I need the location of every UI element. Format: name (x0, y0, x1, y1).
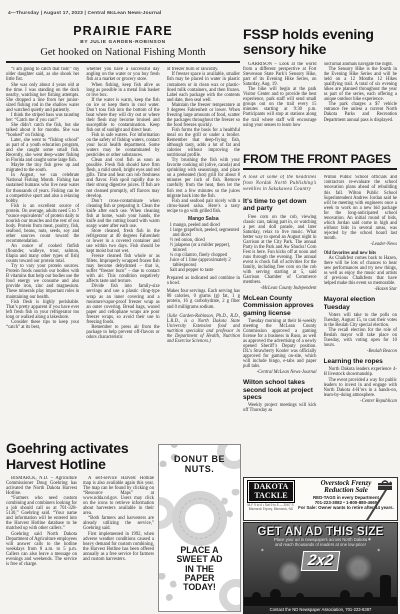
paragraph: Wilton school takes second look at proje… (243, 379, 317, 401)
paragraph: Freeze cleaned fish whole or as fillets.… (86, 254, 159, 284)
crowd-silhouette-bar (244, 597, 397, 606)
paragraph: Fish flesh is highly perishable. That’s … (6, 300, 79, 320)
headline-line-2: Harvest Hotline (6, 456, 106, 472)
crowd-silhouette (380, 575, 391, 599)
paragraph: -Leader-News (324, 242, 398, 247)
paragraph: Fish and seafood pair nicely with a citr… (167, 199, 240, 214)
paragraph: The event provided a way for public lead… (324, 378, 398, 398)
ad-line-for-sale: For Sale: Owner wants to retire after 44… (295, 505, 397, 510)
ad-headline: DONUT BE NUTS. (159, 455, 240, 474)
article-byline: BY JULIE GARDEN-ROBINSON (6, 40, 240, 45)
section-headline: FROM THE FRONT PAGES (243, 152, 397, 166)
paragraph: Makes four servings. Each serving has 80… (167, 289, 240, 309)
ad-contact-line: Contact the ND Newspaper Association, 70… (244, 607, 397, 612)
paragraph: Later, she went to “fishing school” as p… (6, 138, 79, 163)
paragraph: An ounce of cooked finfish (flounder, wa… (6, 244, 79, 264)
paragraph: Weekly project meetings will kick off Th… (243, 403, 317, 413)
paragraph: She didn’t catch the fish, but she talke… (6, 123, 79, 138)
paragraph: It’s time to get down and party (243, 198, 317, 212)
paragraph: -McLean County Independent (243, 286, 317, 291)
paragraph: Consider these tips to keep your “catch”… (6, 320, 79, 330)
paragraph: BISMARCK, N.D. – Agriculture Commissione… (6, 476, 77, 496)
paragraph: The Sensory Hike is the fourth in the Ev… (324, 67, 398, 102)
paragraph: Salt and pepper to taste (167, 268, 240, 273)
ad-call-to-action: PLACE A SWEET AD IN THE PAPER TODAY! (159, 546, 240, 592)
tackle-logo-block: DAKOTA TACKLE M-F 9 to 6 • Sat 9 to 5 — … (244, 478, 295, 520)
paragraph: McLean County Commission approves gaming… (243, 295, 317, 317)
article-harvest-hotline: Goehring activates Harvest Hotline BISMA… (6, 441, 154, 604)
paragraph: Clean and cool fish as soon as possible.… (86, 158, 159, 198)
paragraph: Mango Salsa (167, 217, 240, 222)
paragraph: Maybe the tiny fish grew up and migrated… (6, 163, 79, 173)
paragraph: “I am going to catch that fish!” my olde… (6, 67, 79, 82)
paragraph: Remember to press air from the package t… (86, 325, 159, 340)
paragraph: The park charges a $7 vehicle entrance f… (324, 102, 398, 122)
paragraph: A look at some of the headlines from Nor… (243, 175, 317, 193)
paragraph: Prepared as indicated and combine in a b… (167, 276, 240, 286)
dakota-tackle-logo: DAKOTA TACKLE (247, 480, 295, 503)
paragraph: “Both farmers and harvesters are already… (83, 516, 154, 531)
article-column-2: A self-service Harvest Hotline map is al… (83, 476, 154, 604)
article-column-1: BISMARCK, N.D. – Agriculture Commissione… (6, 476, 77, 604)
paragraph: A self-service Harvest Hotline map is al… (83, 476, 154, 516)
paragraph: Divide fish into family-size servings an… (86, 284, 159, 324)
paragraph: When fishing, keep fish alive as long as… (86, 83, 159, 98)
section-column-2: Wilton Public School officials and contr… (324, 175, 398, 471)
paragraph: North Dakota leaders experience 4-H live… (324, 367, 398, 377)
paragraph: ½ jalapeno (or a milder pepper), minced (167, 243, 240, 253)
paragraph: She was only about 4 years old at the ti… (6, 83, 79, 113)
article-prairie-fare: PRAIRIE FARE BY JULIE GARDEN-ROBINSON Ge… (6, 24, 240, 436)
paragraph: As Chalkfest comes back to Hazen, there … (324, 256, 398, 286)
paragraph: Fish is an excellent source of protein. … (6, 204, 79, 244)
article-kicker: PRAIRIE FARE (6, 24, 240, 38)
paragraph: Tuesday morning at their bi-weekly meeti… (243, 319, 317, 369)
headline-rule (6, 61, 240, 63)
paragraph: Fish in safe waters. For information on … (86, 133, 159, 158)
paragraph: Fish forms the basis for a healthful mea… (167, 128, 240, 158)
paragraph: Voters will take to the polls on Tuesday… (324, 313, 398, 328)
article-column-2: whether you have a successful day anglin… (86, 67, 159, 436)
paragraph: GARRISON – Look at the world from a diff… (243, 62, 317, 87)
paragraph: Try brushing the fish with your favorite… (167, 158, 240, 198)
ad-donut-be-nuts: DONUT BE NUTS. PLACE A SWEET AD IN THE P… (158, 444, 241, 612)
paragraph: Juice of 1 lime (approximately 2 tablesp… (167, 258, 240, 268)
paragraph: Learning the ropes (324, 358, 398, 365)
headline-rule (243, 168, 397, 170)
paragraph: -Hazen Star (324, 287, 398, 292)
paragraph: The recall election for the role of Beul… (324, 328, 398, 348)
donut-icon-large (172, 491, 227, 546)
ad-get-an-ad-this-size: GET AN AD THIS SIZE Place your ad in new… (243, 522, 398, 614)
paragraph: The hike will begin at the park Visitor … (243, 87, 317, 127)
paragraph: -Beulah Beacon (324, 349, 398, 354)
article-columns: GARRISON – Look at the world from a diff… (243, 62, 397, 150)
ad-subline-2: and reach thousands of readers at one lo… (244, 543, 397, 548)
article-columns: “I am going to catch that fish!” my olde… (6, 67, 240, 436)
paragraph: Free corn on the cob, viewing classic ca… (243, 215, 317, 286)
tackle-ad-copy: Overstock Frenzy Reduction Sale RED-TAGS… (295, 478, 397, 520)
ad-cta-text: PLACE A SWEET AD IN THE PAPER TODAY! (174, 546, 226, 592)
newspaper-page: 4—Thursday | August 17, 2023 | Central M… (0, 0, 400, 614)
paragraph: First implemented in 1992, when adverse … (83, 532, 154, 562)
article-headline: Goehring activates Harvest Hotline (6, 441, 154, 472)
paragraph: If the water is warm, keep the fish on i… (86, 98, 159, 133)
logo-line-2: TACKLE (254, 491, 287, 500)
tackle-address: M-F 9 to 6 • Sat 9 to 5 — 3067 S. Bismar… (247, 504, 295, 511)
ad-size-label: 2x2 (301, 551, 340, 571)
article-column-2: nocturnal animals navigate the night.The… (324, 62, 398, 150)
paragraph: Maintain the freezer temperature at 0 de… (167, 103, 240, 128)
article-columns: BISMARCK, N.D. – Agriculture Commissione… (6, 476, 154, 604)
paragraph: (Julie Garden-Robinson, Ph.D., R.D., L.R… (167, 314, 240, 344)
article-column-1: GARRISON – Look at the world from a diff… (243, 62, 317, 150)
paragraph: -Center Republican (324, 399, 398, 404)
paragraph: -Central McLean News-Journal (243, 370, 317, 375)
paragraph: If freezer space is available, smaller f… (167, 72, 240, 102)
paragraph: Goehring said North Dakota Department of… (6, 532, 77, 567)
paragraph: whether you have a successful day anglin… (86, 67, 159, 82)
section-from-the-front-pages: FROM THE FRONT PAGES A look at some of t… (243, 152, 397, 471)
paragraph: In August, we can celebrate National Fis… (6, 173, 79, 203)
tackle-box-icon (377, 480, 393, 491)
paragraph: 1 large grapefruit, peeled, segmented an… (167, 228, 240, 238)
article-column-3: of freezer burn or rancidity.If freezer … (167, 67, 240, 436)
page-header: 4—Thursday | August 17, 2023 | Central M… (8, 11, 162, 16)
article-headline: FSSP holds evening sensory hike (243, 27, 397, 57)
ad-dakota-tackle: DAKOTA TACKLE M-F 9 to 6 • Sat 9 to 5 — … (243, 477, 398, 521)
article-headline: Get hooked on National Fishing Month (6, 47, 240, 58)
headline-line-1: Goehring activates (6, 440, 128, 456)
paragraph: “Farmers who need custom combining and c… (6, 496, 77, 531)
paragraph: Try to vary your protein sources. Protei… (6, 264, 79, 299)
section-column-1: A look at some of the headlines from Nor… (243, 175, 317, 471)
paragraph: Store cleaned, fresh fish in the refrige… (86, 229, 159, 254)
ad-headline-text: DONUT BE NUTS. (174, 455, 226, 474)
paragraph: I think the striped bass was taunting he… (6, 113, 79, 123)
section-columns: A look at some of the headlines from Nor… (243, 175, 397, 471)
article-fssp-sensory-hike: FSSP holds evening sensory hike GARRISON… (243, 27, 397, 150)
paragraph: Don’t cross-contaminate when cleaning fi… (86, 199, 159, 229)
article-column-1: “I am going to catch that fish!” my olde… (6, 67, 79, 436)
paragraph: Wilton Public School officials and contr… (324, 175, 398, 241)
paragraph: Mayoral election Tuesday (324, 296, 398, 310)
